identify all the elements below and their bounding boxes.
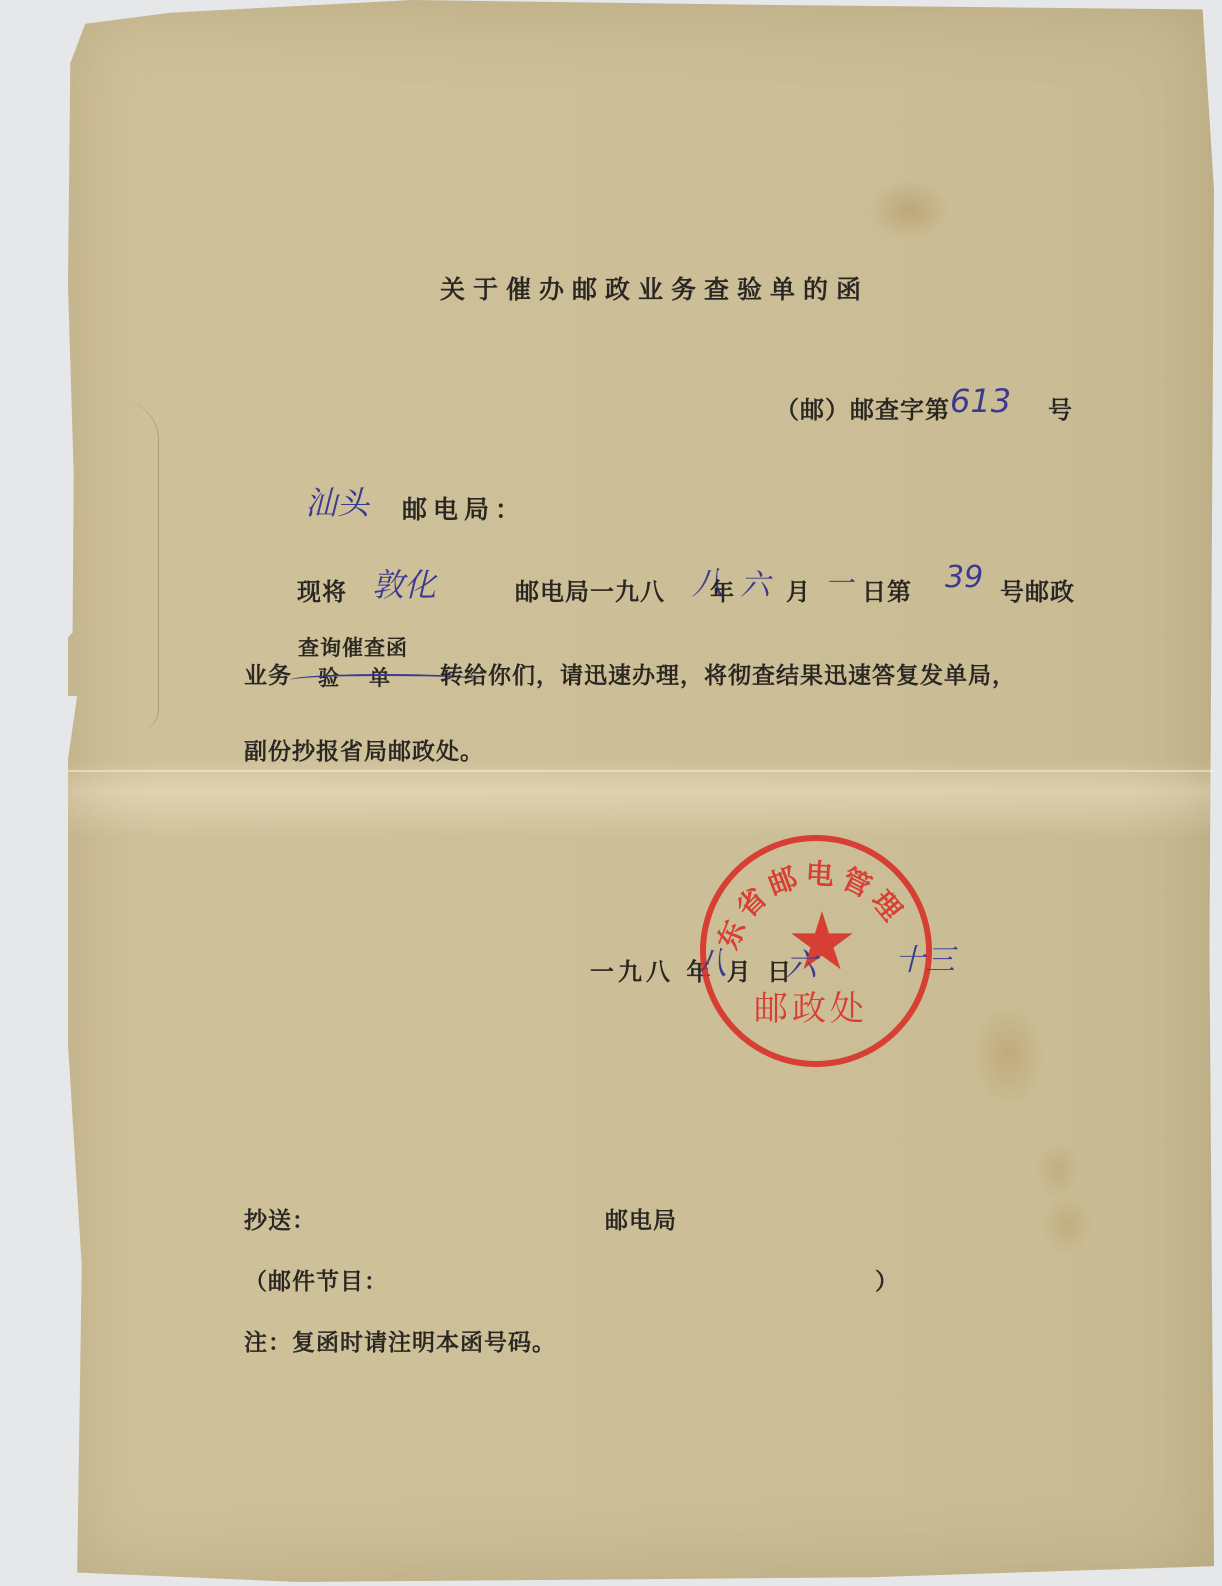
paper-sheet (68, 0, 1214, 1582)
body-line1-b: 邮电局一九八 (515, 572, 665, 607)
date-month: 六 (785, 940, 817, 986)
reference-suffix: 号 (1048, 390, 1073, 425)
paper-fold-line (68, 770, 1214, 772)
cc-office: 邮电局 (605, 1202, 677, 1235)
cc-label: 抄送： (244, 1202, 316, 1235)
body-line3: 副份抄报省局邮政处。 (244, 733, 484, 766)
reference-prefix: （邮）邮查字第 (775, 390, 950, 425)
body-line1-d: 月 (786, 572, 811, 607)
origin-office: 敦化 (372, 560, 436, 606)
origin-day: 一 (825, 562, 853, 602)
reference-number: 613 (950, 382, 1011, 420)
footer-note: 注：复函时请注明本函号码。 (244, 1324, 556, 1357)
mail-item-close: ） (875, 1263, 899, 1296)
document-title: 关于催办邮政业务查验单的函 (440, 270, 869, 306)
body-line1-c: 年 (710, 572, 735, 607)
body-line1-a: 现将 (297, 572, 347, 607)
body-line2-b: 转给你们，请迅速办理，将彻查结果迅速答复发单局， (440, 657, 1016, 690)
seal-center-text: 邮政处 (754, 981, 868, 1030)
paper-tear (118, 400, 159, 730)
inserted-text: 查询催查函 (298, 632, 408, 662)
body-line1-f: 号邮政 (1000, 572, 1075, 607)
origin-month: 六 (740, 560, 770, 604)
date-day: 十三 (895, 935, 955, 979)
body-line1-e: 日第 (862, 572, 912, 607)
body-line2-a: 业务 (244, 657, 292, 690)
origin-number: 39 (945, 560, 983, 595)
mail-item-label: （邮件节目： (244, 1263, 388, 1296)
date-year-digit: 八 (695, 938, 727, 984)
addressee-name: 汕头 (305, 478, 369, 524)
addressee-label: 邮电局： (402, 490, 526, 526)
